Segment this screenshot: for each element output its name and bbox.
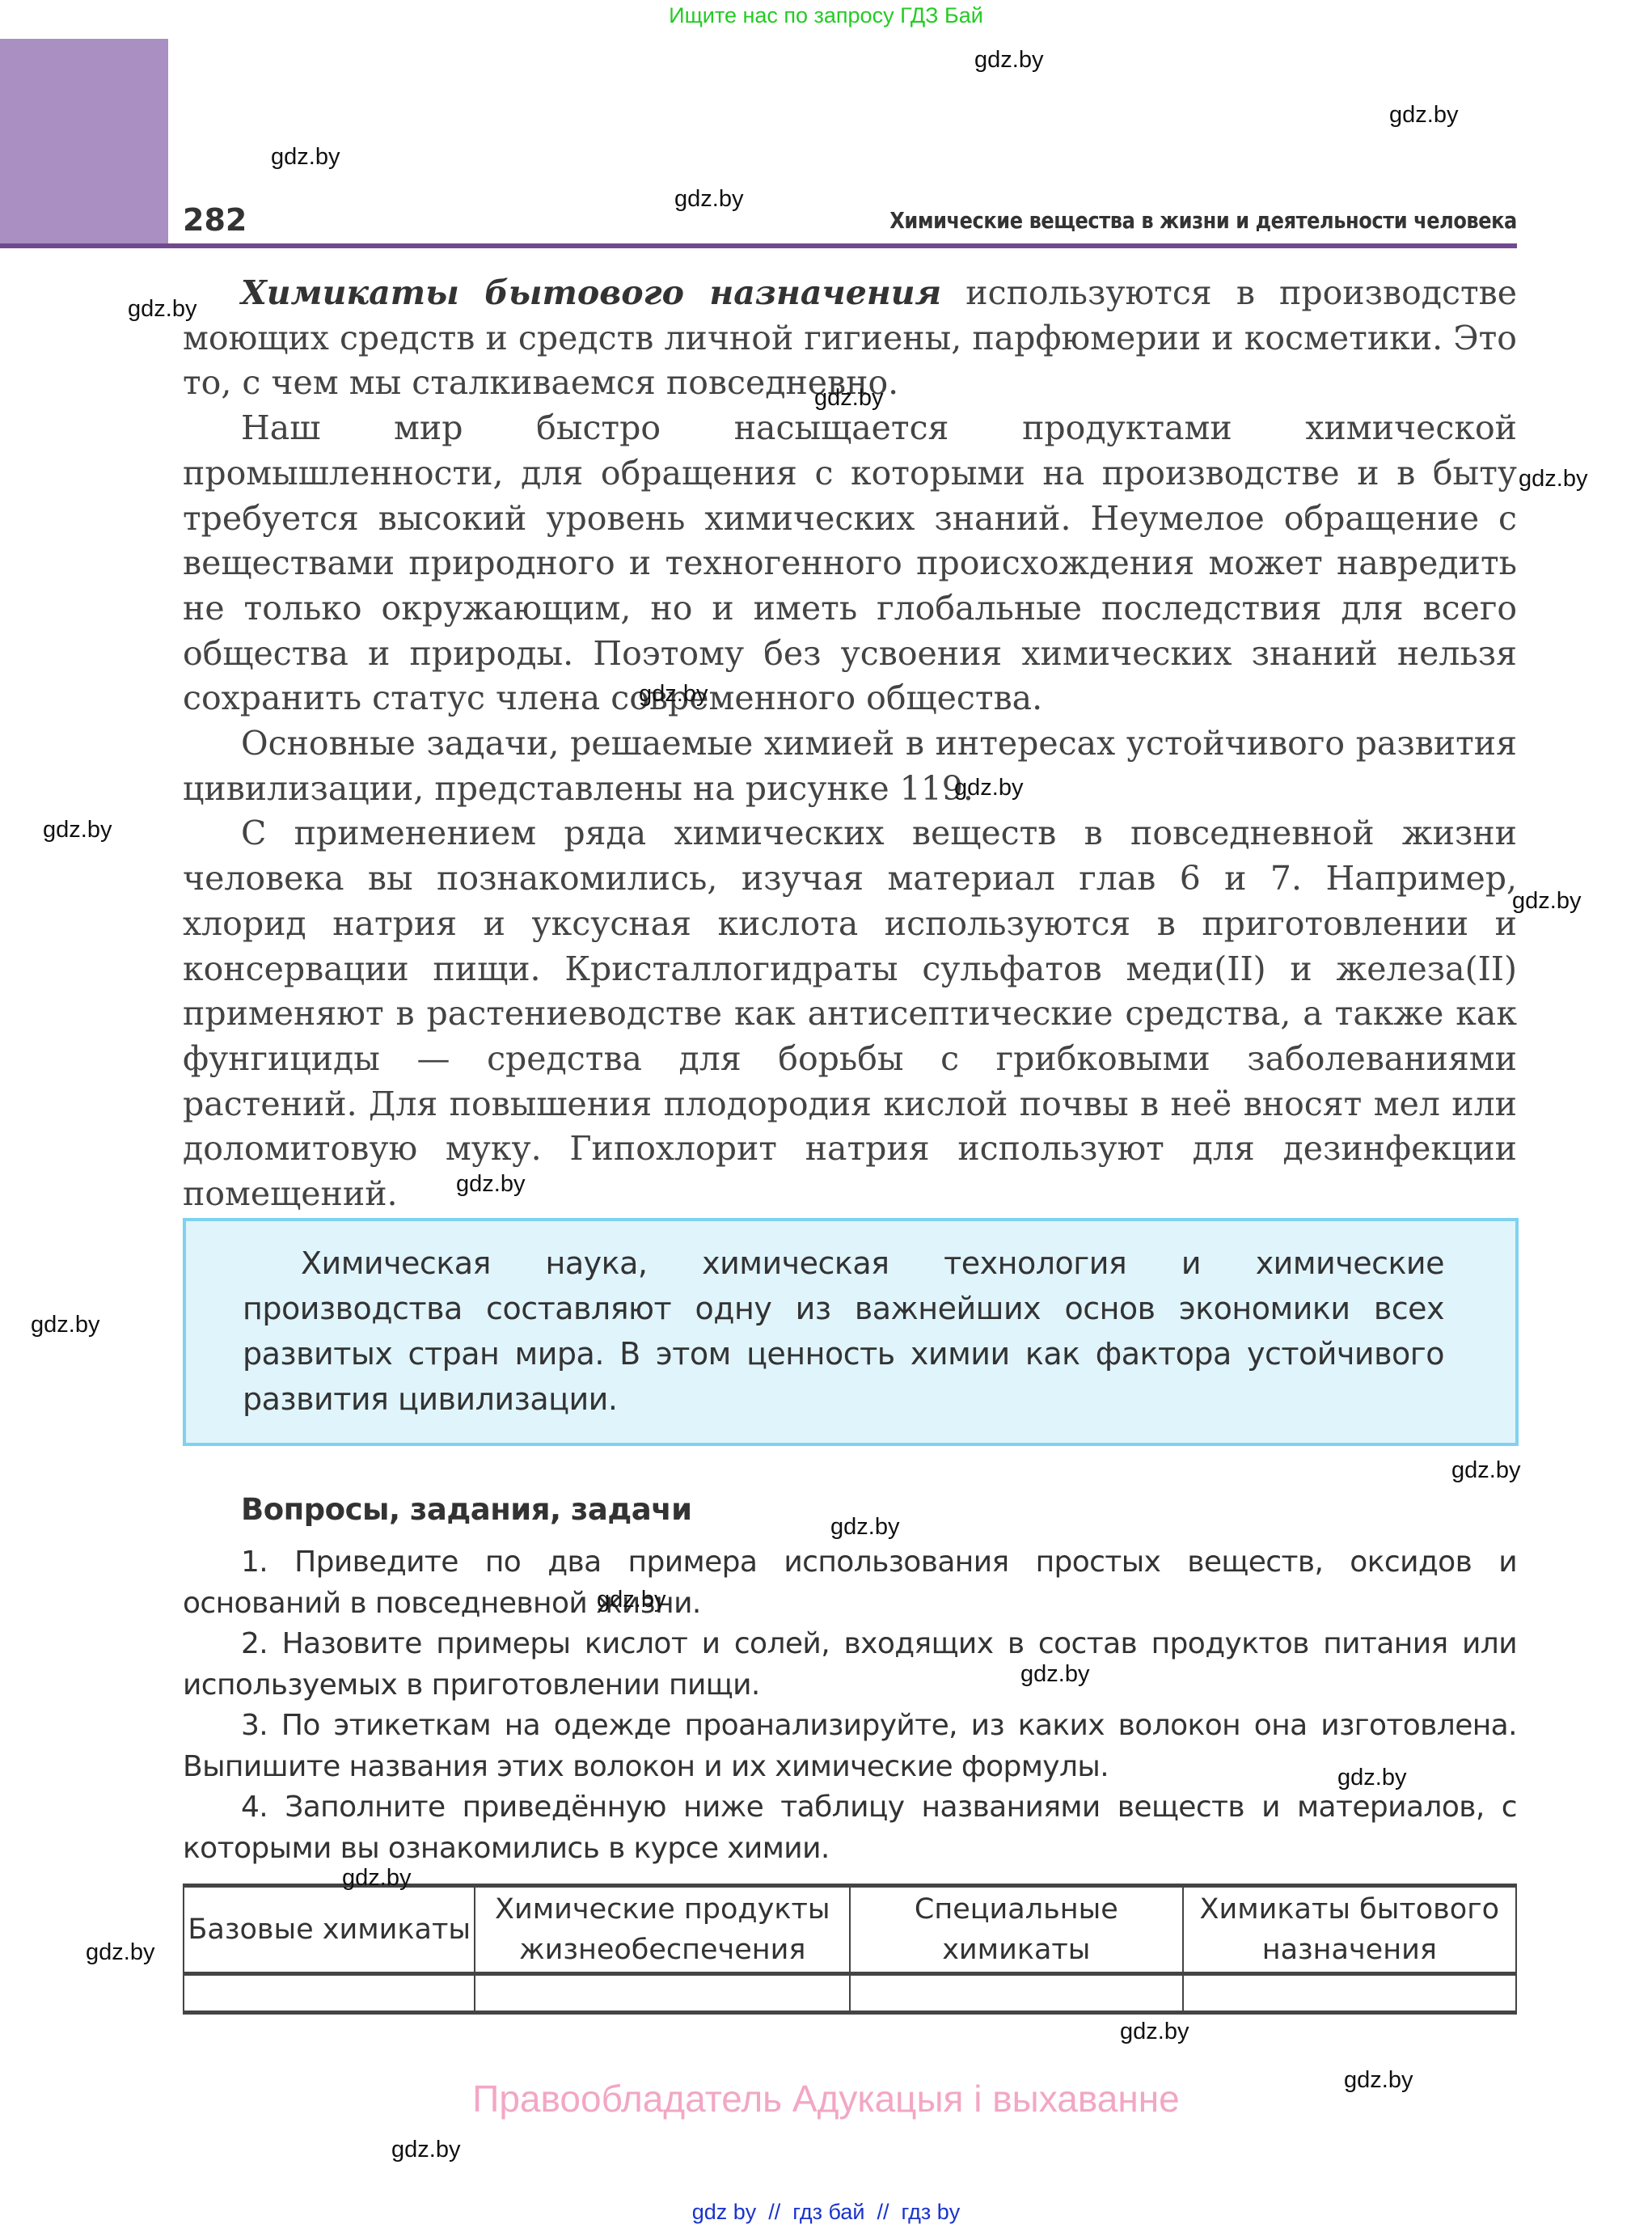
table-header-cell: Базовые химикаты: [184, 1886, 475, 1974]
header-rule: [0, 243, 1517, 248]
table-header-cell: Химикаты бытового назначения: [1183, 1886, 1516, 1974]
watermark: gdz.by: [271, 144, 340, 171]
watermark: gdz.by: [391, 2137, 460, 2163]
table-cell: [1183, 1974, 1516, 2013]
watermark: gdz.by: [814, 385, 883, 412]
watermark: gdz.by: [1337, 1765, 1406, 1791]
paragraph-2: Наш мир быстро насыщается продуктами хим…: [183, 406, 1517, 721]
key-note-text: Химическая наука, химическая технология …: [243, 1241, 1444, 1422]
fill-in-table: Базовые химикаты Химические продукты жиз…: [183, 1884, 1517, 2015]
watermark: gdz.by: [128, 296, 196, 323]
page-number: 282: [183, 202, 247, 238]
table-header-cell: Химические продукты жизнеобеспечения: [475, 1886, 850, 1974]
main-text: Химикаты бытового назначения используютс…: [183, 271, 1517, 1217]
watermark: gdz.by: [674, 186, 743, 213]
chapter-color-tab: [0, 39, 168, 245]
watermark: gdz.by: [639, 681, 708, 708]
paragraph-3: Основные задачи, решаемые химией в интер…: [183, 721, 1517, 811]
questions-heading: Вопросы, задания, задачи: [241, 1492, 692, 1527]
question-item: 1. Приведите по два примера использовани…: [183, 1542, 1517, 1624]
watermark: gdz.by: [342, 1865, 411, 1892]
paragraph-4: С применением ряда химических веществ в …: [183, 811, 1517, 1216]
watermark: gdz.by: [1020, 1661, 1089, 1688]
table-cell: [850, 1974, 1183, 2013]
watermark: gdz.by: [974, 47, 1043, 74]
watermark: gdz.by: [1389, 102, 1458, 129]
watermark: gdz.by: [597, 1587, 665, 1613]
question-item: 4. Заполните приведённую ниже таблицу на…: [183, 1787, 1517, 1869]
question-item: 3. По этикеткам на одежде проанализируйт…: [183, 1706, 1517, 1787]
bottom-site-links[interactable]: gdz by // гдз бай // гдз by: [0, 2200, 1652, 2224]
table-row: [184, 1974, 1516, 2013]
watermark: gdz.by: [830, 1514, 899, 1541]
watermark: gdz.by: [31, 1312, 99, 1338]
table-header-cell: Специальные химикаты: [850, 1886, 1183, 1974]
watermark: gdz.by: [1120, 2019, 1189, 2045]
question-item: 2. Назовите примеры кислот и солей, вход…: [183, 1624, 1517, 1706]
copyright-notice: Правообладатель Адукацыя і выхаванне: [0, 2077, 1652, 2120]
watermark: gdz.by: [1512, 888, 1581, 915]
watermark: gdz.by: [456, 1171, 525, 1198]
table-cell: [475, 1974, 850, 2013]
term-household-chemicals: Химикаты бытового назначения: [241, 273, 941, 312]
running-title: Химические вещества в жизни и деятельнос…: [889, 207, 1517, 234]
watermark: gdz.by: [86, 1939, 154, 1966]
table-header-row: Базовые химикаты Химические продукты жиз…: [184, 1886, 1516, 1974]
questions-list: 1. Приведите по два примера использовани…: [183, 1542, 1517, 1869]
key-note-box: Химическая наука, химическая технология …: [183, 1218, 1519, 1446]
table-cell: [184, 1974, 475, 2013]
key-note-content: Химическая наука, химическая технология …: [243, 1241, 1444, 1422]
top-ad-text[interactable]: Ищите нас по запросу ГДЗ Бай: [0, 3, 1652, 28]
watermark: gdz.by: [1519, 466, 1587, 493]
watermark: gdz.by: [954, 775, 1023, 801]
watermark: gdz.by: [1451, 1457, 1520, 1484]
watermark: gdz.by: [43, 817, 112, 844]
